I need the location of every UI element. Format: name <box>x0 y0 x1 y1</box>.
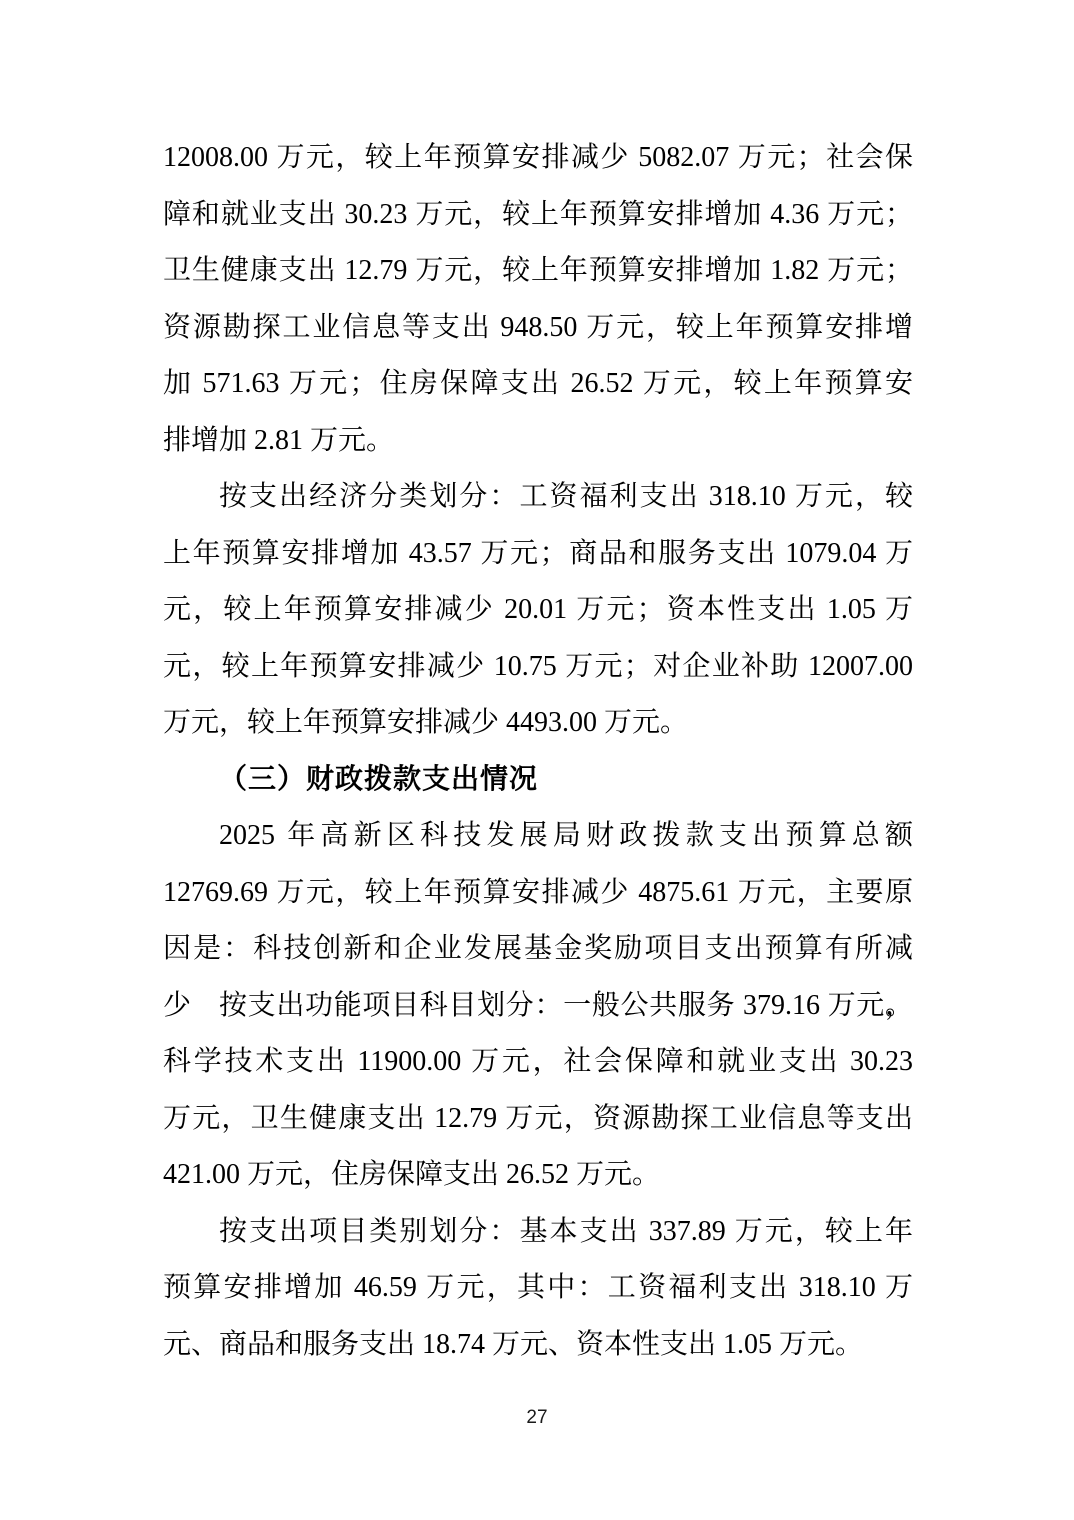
document-page: 12008.00 万元，较上年预算安排减少 5082.07 万元；社会保 障和就… <box>0 0 1074 1520</box>
text-line: 预算安排增加 46.59 万元，其中：工资福利支出 318.10 万 <box>163 1260 913 1317</box>
text-line: 因是：科技创新和企业发展基金奖励项目支出预算有所减少。 <box>163 921 913 978</box>
text-line: 万元，较上年预算安排减少 4493.00 万元。 <box>163 695 913 752</box>
document-body: 12008.00 万元，较上年预算安排减少 5082.07 万元；社会保 障和就… <box>163 130 913 1373</box>
text-line: 12769.69 万元，较上年预算安排减少 4875.61 万元，主要原 <box>163 865 913 922</box>
text-line: 按支出功能项目科目划分：一般公共服务 379.16 万元， <box>163 978 913 1035</box>
text-line: 421.00 万元，住房保障支出 26.52 万元。 <box>163 1147 913 1204</box>
text-line: 卫生健康支出 12.79 万元，较上年预算安排增加 1.82 万元； <box>163 243 913 300</box>
text-line: 上年预算安排增加 43.57 万元；商品和服务支出 1079.04 万 <box>163 526 913 583</box>
text-line: 12008.00 万元，较上年预算安排减少 5082.07 万元；社会保 <box>163 130 913 187</box>
text-line: 排增加 2.81 万元。 <box>163 413 913 470</box>
text-line: 资源勘探工业信息等支出 948.50 万元，较上年预算安排增 <box>163 300 913 357</box>
text-line: 元，较上年预算安排减少 20.01 万元；资本性支出 1.05 万 <box>163 582 913 639</box>
text-line: 按支出经济分类划分：工资福利支出 318.10 万元，较 <box>163 469 913 526</box>
page-number: 27 <box>0 1404 1074 1432</box>
text-line: 科学技术支出 11900.00 万元，社会保障和就业支出 30.23 <box>163 1034 913 1091</box>
text-line: 元、商品和服务支出 18.74 万元、资本性支出 1.05 万元。 <box>163 1317 913 1374</box>
text-line: 万元，卫生健康支出 12.79 万元，资源勘探工业信息等支出 <box>163 1091 913 1148</box>
text-line: 加 571.63 万元；住房保障支出 26.52 万元，较上年预算安 <box>163 356 913 413</box>
text-line: 元，较上年预算安排减少 10.75 万元；对企业补助 12007.00 <box>163 639 913 696</box>
text-line: 2025 年高新区科技发展局财政拨款支出预算总额 <box>163 808 913 865</box>
text-line: 障和就业支出 30.23 万元，较上年预算安排增加 4.36 万元； <box>163 187 913 244</box>
section-heading: （三）财政拨款支出情况 <box>163 752 913 809</box>
text-line: 按支出项目类别划分：基本支出 337.89 万元，较上年 <box>163 1204 913 1261</box>
